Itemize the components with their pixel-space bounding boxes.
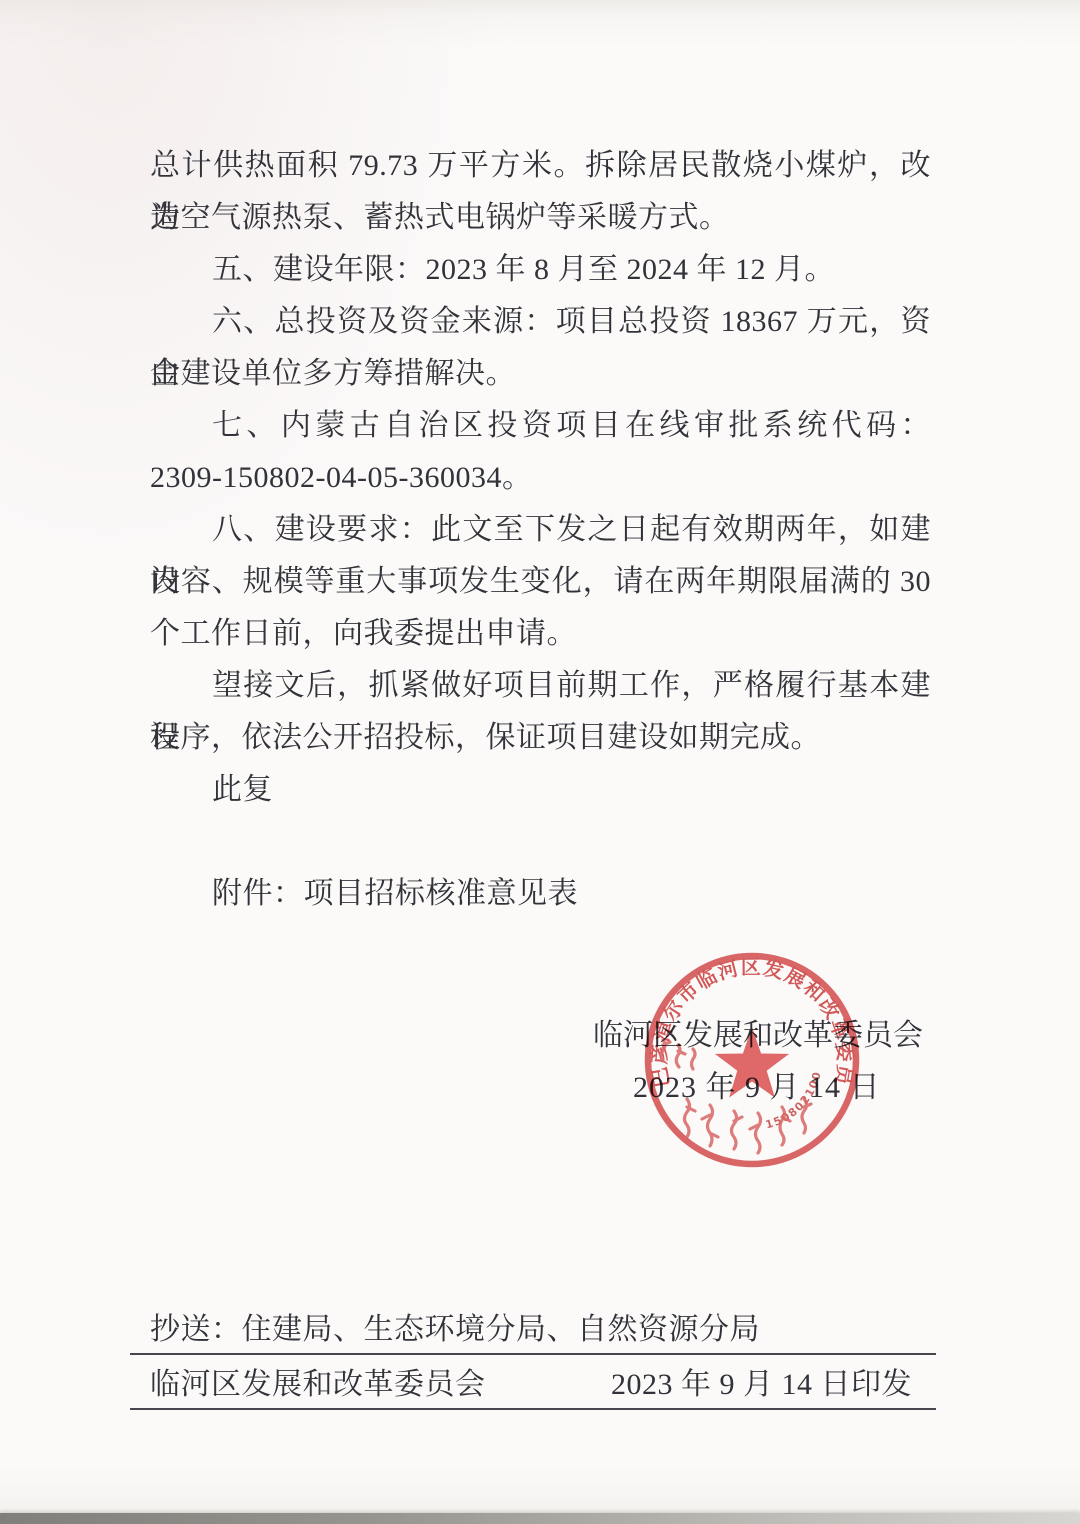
footer-issuer: 临河区发展和改革委员会 — [150, 1359, 486, 1403]
body-line: 五、建设年限：2023 年 8 月至 2024 年 12 月。 — [150, 244, 931, 296]
body-line: 附件：项目招标核准意见表 — [150, 868, 931, 920]
body-line: 由建设单位多方筹措解决。 — [150, 348, 931, 400]
body-line: 望接文后，抓紧做好项目前期工作，严格履行基本建设 — [150, 660, 931, 712]
signature-date: 2023 年 9 月 14 日 — [633, 1062, 881, 1106]
signature-org: 临河区发展和改革委员会 — [593, 1010, 923, 1054]
body-line: 六、总投资及资金来源：项目总投资 18367 万元，资金 — [150, 296, 931, 348]
document-page: 总计供热面积 79.73 万平方米。拆除居民散烧小煤炉，改造为空气源热泵、蓄热式… — [0, 0, 1080, 1524]
body-line: 八、建设要求：此文至下发之日起有效期两年，如建设 — [150, 504, 931, 556]
seal-ring — [648, 956, 856, 1164]
body-line: 为空气源热泵、蓄热式电锅炉等采暖方式。 — [150, 192, 931, 244]
body-line: 总计供热面积 79.73 万平方米。拆除居民散烧小煤炉，改造 — [150, 140, 931, 192]
body-line: 2309-150802-04-05-360034。 — [150, 452, 931, 504]
body-text: 总计供热面积 79.73 万平方米。拆除居民散烧小煤炉，改造为空气源热泵、蓄热式… — [150, 140, 931, 920]
official-seal: 巴彦淖尔市临河区发展和改革委员会 15080210035 — [641, 947, 863, 1173]
footer-cc-text: 抄送：住建局、生态环境分局、自然资源分局 — [150, 1304, 760, 1348]
body-line: 七、内蒙古自治区投资项目在线审批系统代码： — [150, 400, 931, 452]
body-line: 内容、规模等重大事项发生变化，请在两年期限届满的 30 — [150, 556, 931, 608]
footer-print-date: 2023 年 9 月 14 日印发 — [611, 1359, 912, 1403]
footer-block: 抄送：住建局、生态环境分局、自然资源分局 临河区发展和改革委员会 2023 年 … — [130, 1300, 936, 1410]
footer-cc-row: 抄送：住建局、生态环境分局、自然资源分局 — [130, 1300, 936, 1355]
body-line: 个工作日前，向我委提出申请。 — [150, 608, 931, 660]
footer-issue-row: 临河区发展和改革委员会 2023 年 9 月 14 日印发 — [130, 1355, 936, 1410]
body-line — [150, 816, 931, 868]
scan-edge — [0, 1513, 1080, 1524]
body-line: 此复 — [150, 764, 931, 816]
body-line: 程序，依法公开招投标，保证项目建设如期完成。 — [150, 712, 931, 764]
